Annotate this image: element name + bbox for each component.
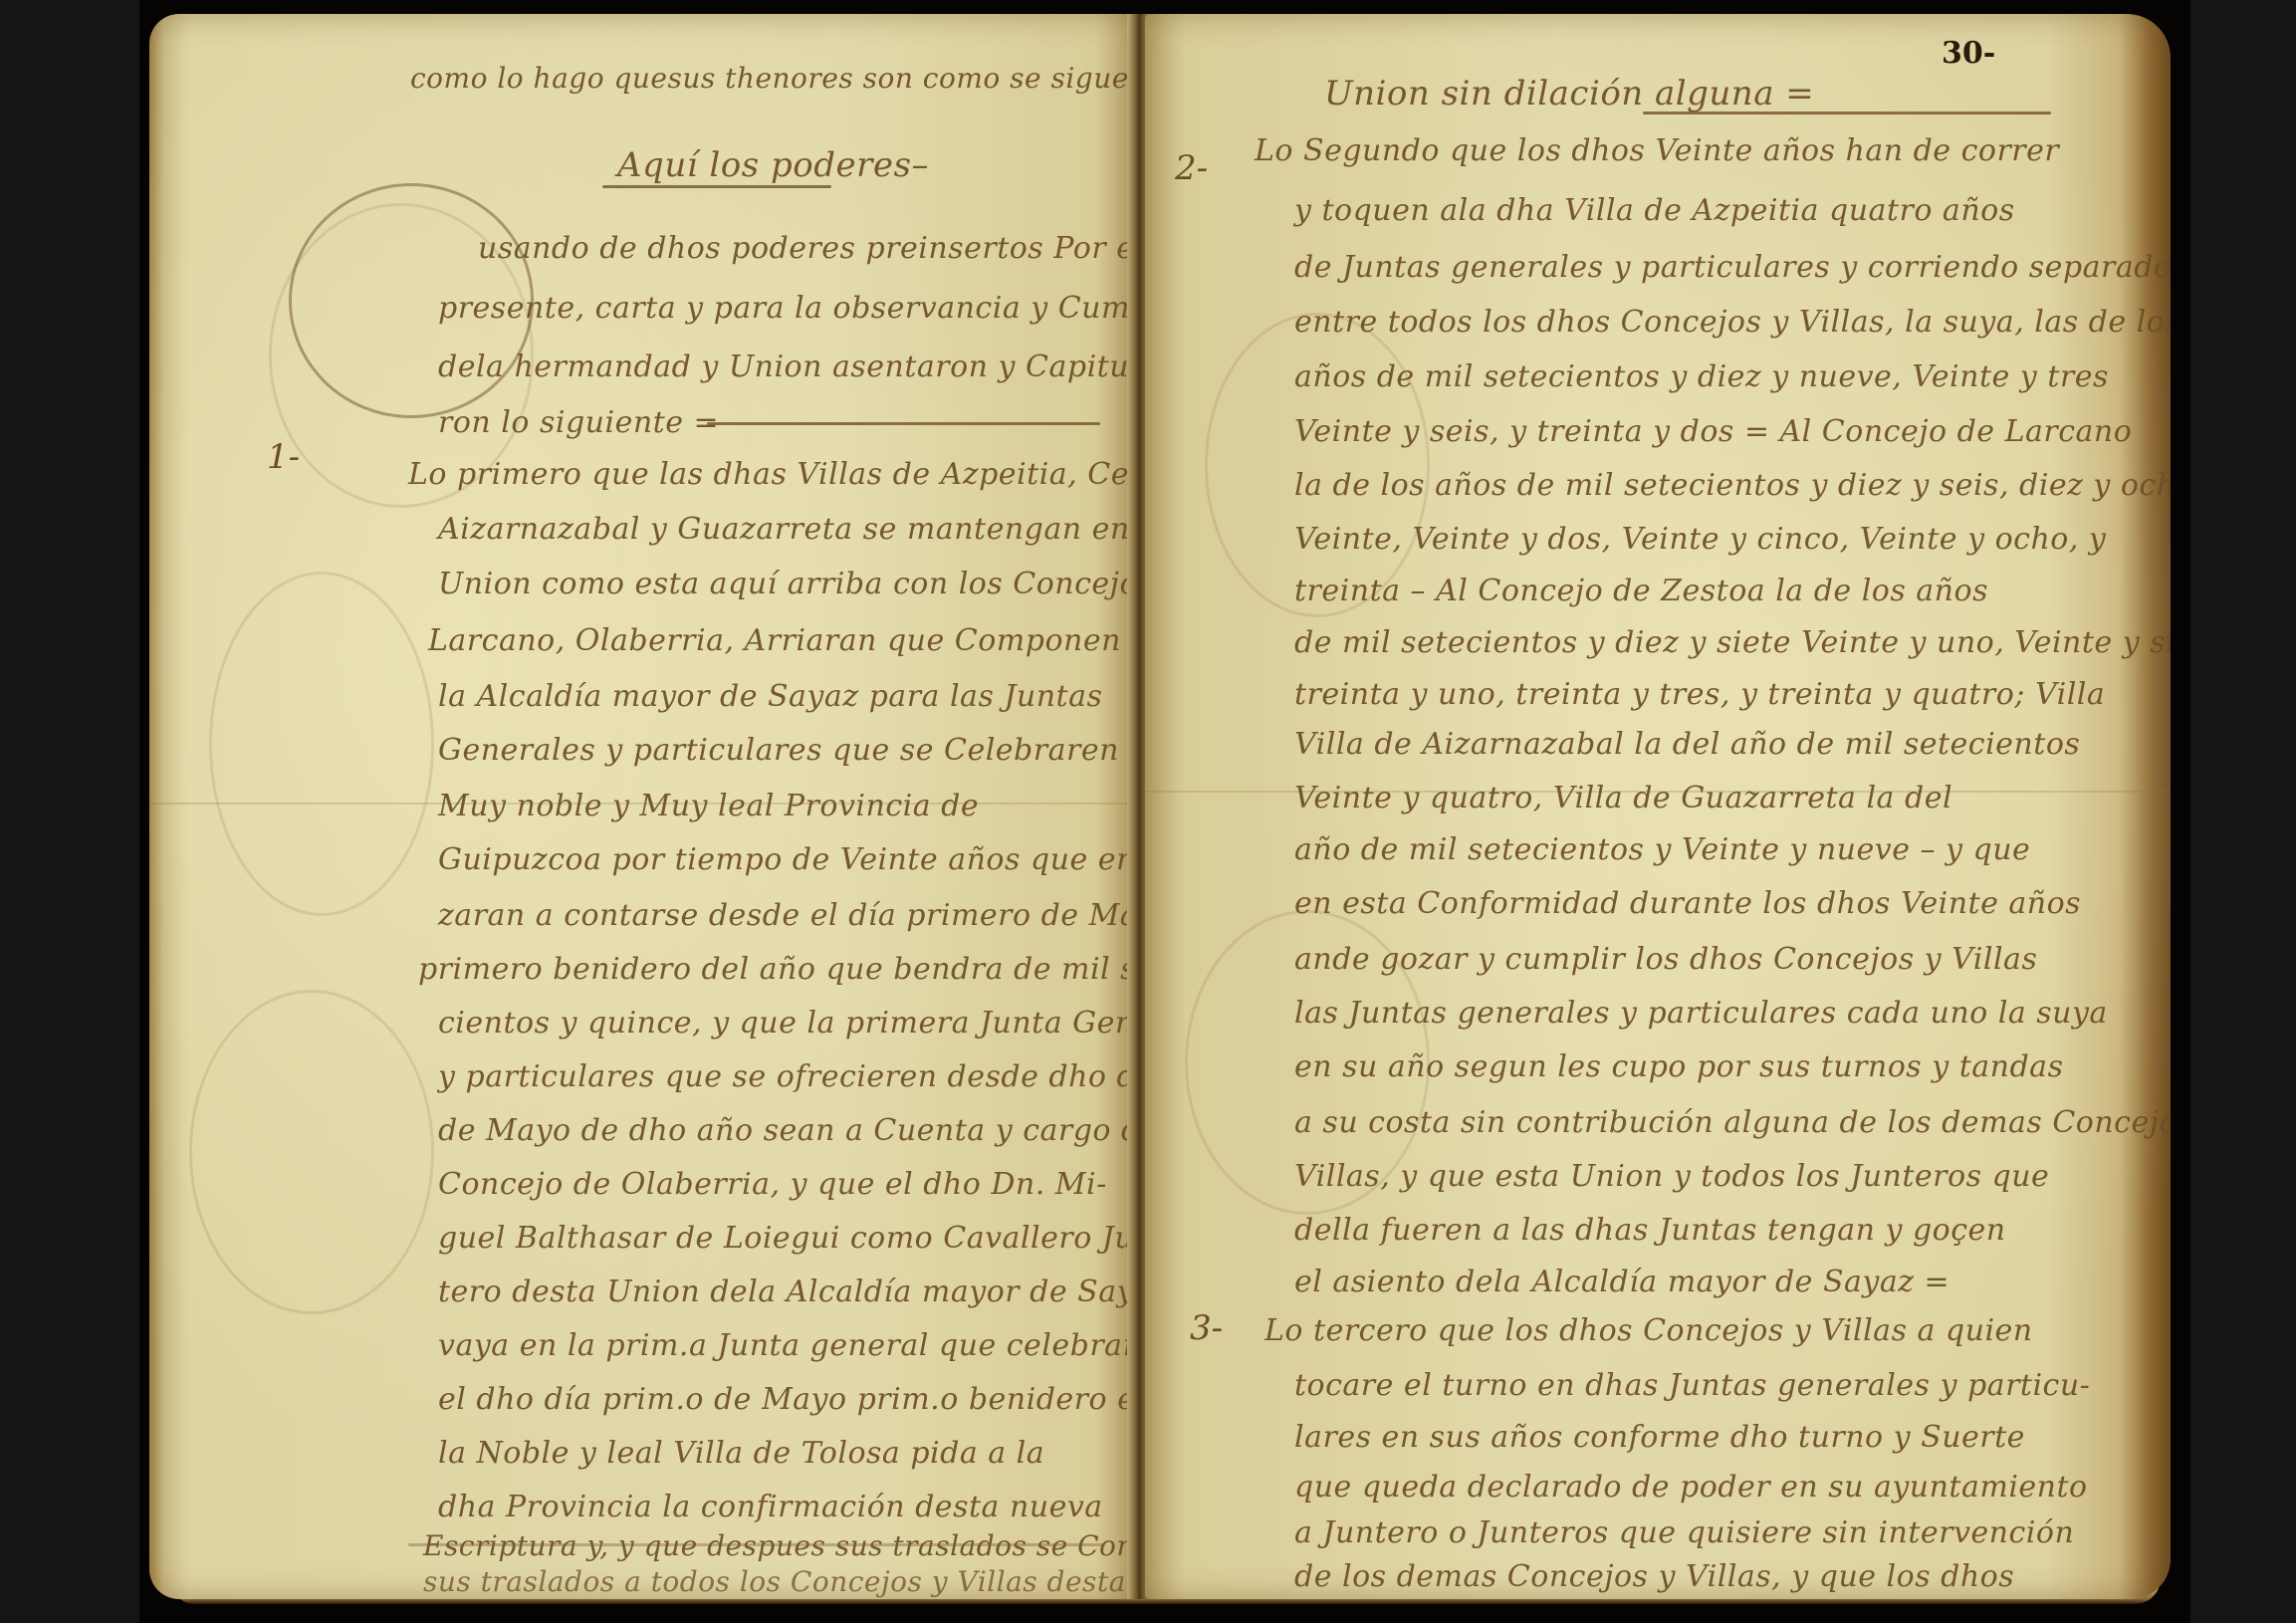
text-line: que queda declarado de poder en su ayunt… [1294, 1470, 2088, 1505]
text-line: años de mil setecientos y diez y nueve, … [1294, 359, 2109, 394]
text-line: Veinte, Veinte y dos, Veinte y cinco, Ve… [1294, 522, 2106, 557]
text-line: tocare el turno en dhas Juntas generales… [1294, 1368, 2090, 1403]
text-line: Villas, y que esta Union y todos los Jun… [1294, 1159, 2049, 1194]
text-line: a Juntero o Junteros que quisiere sin in… [1294, 1515, 2074, 1550]
text-line: las Juntas generales y particulares cada… [1294, 996, 2108, 1031]
text-line: de los demas Concejos y Villas, y que lo… [1294, 1559, 2014, 1594]
text-line: la de los años de mil setecientos y diez… [1294, 468, 2171, 503]
text-line: ron lo siguiente = [438, 405, 719, 440]
text-line: treinta – Al Concejo de Zestoa la de los… [1294, 574, 1988, 608]
text-line: Union sin dilación alguna = [1324, 74, 1814, 114]
text-line: Generales y particulares que se Celebrar… [438, 733, 1133, 768]
left-page: como lo hago quesus thenores son como se… [149, 14, 1133, 1599]
margin-number: 3- [1190, 1308, 1223, 1348]
text-line: y particulares que se ofrecieren desde d… [438, 1059, 1133, 1094]
text-line: la Noble y leal Villa de Tolosa pida a l… [438, 1436, 1044, 1471]
text-line: della fueren a las dhas Juntas tengan y … [1294, 1213, 2006, 1248]
text-line: de Juntas generales y particulares y cor… [1294, 250, 2171, 285]
text-line: Lo Segundo que los dhos Veinte años han … [1255, 133, 2059, 168]
text-line: presente, carta y para la observancia y … [438, 291, 1133, 326]
text-line: y toquen ala dha Villa de Azpeitia quatr… [1294, 193, 2015, 228]
text-line: tero desta Union dela Alcaldía mayor de … [438, 1275, 1133, 1309]
text-line: Lo primero que las dhas Villas de Azpeit… [408, 457, 1133, 492]
right-page: 30- Union sin dilación alguna = 2- Lo Se… [1145, 14, 2171, 1599]
ink-bleed [209, 572, 434, 916]
text-line: Larcano, Olaberria, Arriaran que Compone… [428, 623, 1121, 658]
text-line: Veinte y seis, y treinta y dos = Al Conc… [1294, 414, 2132, 449]
line-filler-rule [707, 422, 1100, 425]
text-line: ande gozar y cumplir los dhos Concejos y… [1294, 942, 2037, 977]
ink-bleed [1205, 313, 1430, 617]
text-line: el asiento dela Alcaldía mayor de Sayaz … [1294, 1265, 1950, 1299]
text-line: Lo tercero que los dhos Concejos y Villa… [1264, 1313, 2033, 1348]
section-heading: Aquí los poderes– [617, 145, 929, 185]
text-line: primero benidero del año que bendra de m… [418, 952, 1133, 987]
text-line: dela hermandad y Union asentaron y Capit… [438, 349, 1133, 384]
text-line: como lo hago quesus thenores son como se… [410, 62, 1133, 95]
heading-underline [602, 185, 831, 188]
text-line: a su costa sin contribución alguna de lo… [1294, 1105, 2171, 1140]
text-line: sus traslados a todos los Concejos y Vil… [423, 1565, 1126, 1598]
text-line: Aizarnazabal y Guazarreta se mantengan e… [438, 512, 1133, 547]
text-line: usando de dhos poderes preinsertos Por e… [478, 231, 1133, 266]
text-line: treinta y uno, treinta y tres, y treinta… [1294, 677, 2105, 712]
text-line: lares en sus años conforme dho turno y S… [1294, 1420, 2025, 1455]
margin-number: 2- [1175, 148, 1208, 188]
text-line: de mil setecientos y diez y siete Veinte… [1294, 625, 2171, 660]
text-line: Union como esta aquí arriba con los Conc… [438, 567, 1133, 601]
margin-number: 1- [267, 437, 300, 477]
text-line: año de mil setecientos y Veinte y nueve … [1294, 832, 2030, 867]
text-line: dha Provincia la confirmación desta nuev… [438, 1490, 1103, 1524]
text-line: Concejo de Olaberria, y que el dho Dn. M… [438, 1167, 1107, 1202]
text-line: la Alcaldía mayor de Sayaz para las Junt… [438, 679, 1102, 714]
text-line: en su año segun les cupo por sus turnos … [1294, 1049, 2063, 1084]
text-line: el dho día prim.o de Mayo prim.o benider… [438, 1382, 1133, 1417]
text-line: de Mayo de dho año sean a Cuenta y cargo… [438, 1113, 1133, 1148]
text-line: cientos y quince, y que la primera Junta… [438, 1006, 1133, 1041]
text-line: vaya en la prim.a Junta general que cele… [438, 1328, 1133, 1363]
text-line: entre todos los dhos Concejos y Villas, … [1294, 305, 2171, 340]
text-line: Veinte y quatro, Villa de Guazarreta la … [1294, 781, 1952, 815]
ink-bleed [189, 990, 434, 1314]
closing-rule [408, 1543, 1105, 1546]
text-line: Villa de Aizarnazabal la del año de mil … [1294, 727, 2080, 762]
text-line: Muy noble y Muy leal Provincia de [438, 789, 979, 823]
folio-number: 30- [1942, 36, 1995, 71]
text-line: Guipuzcoa por tiempo de Veinte años que … [438, 842, 1133, 877]
text-line: en esta Conformidad durante los dhos Vei… [1294, 886, 2081, 921]
text-line: zaran a contarse desde el día primero de… [438, 898, 1133, 933]
text-line: guel Balthasar de Loiegui como Cavallero… [438, 1221, 1133, 1256]
line-filler-rule [1643, 112, 2051, 115]
